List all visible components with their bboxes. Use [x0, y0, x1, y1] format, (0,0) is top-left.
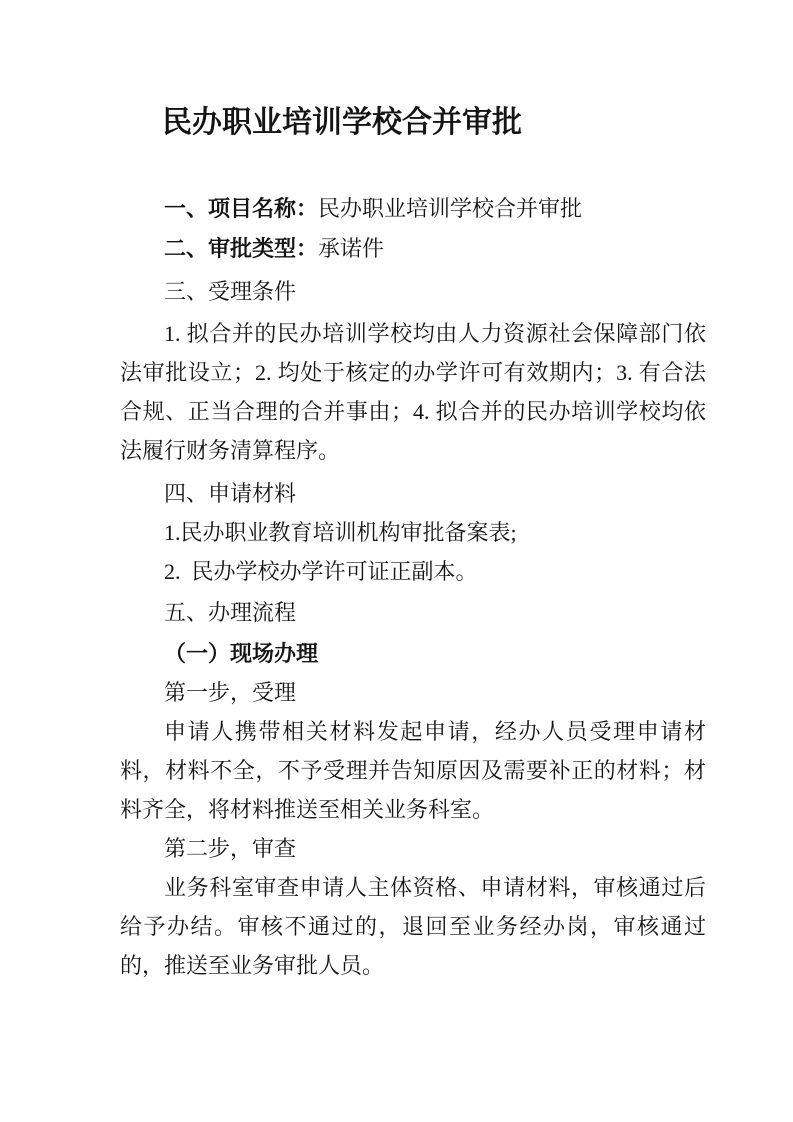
field-label-project-name: 一、项目名称：	[164, 196, 318, 221]
section-heading-process: 五、办理流程	[120, 593, 706, 632]
subsection-heading-onsite: （一）现场办理	[120, 634, 706, 673]
list-item-material-1: 1.民办职业教育培训机构审批备案表;	[120, 513, 706, 552]
field-value-project-name: 民办职业培训学校合并审批	[318, 196, 582, 221]
paragraph-acceptance-conditions: 1. 拟合并的民办培训学校均由人力资源社会保障部门依法审批设立；2. 均处于核定…	[120, 314, 706, 470]
field-value-approval-type: 承诺件	[318, 236, 384, 261]
field-label-approval-type: 二、审批类型：	[164, 236, 318, 261]
step1-paragraph: 申请人携带相关材料发起申请，经办人员受理申请材料，材料不全，不予受理并告知原因及…	[120, 712, 706, 829]
step2-title: 第二步，审查	[120, 829, 706, 868]
field-approval-type: 二、审批类型：承诺件	[120, 229, 706, 268]
document-title: 民办职业培训学校合并审批	[162, 102, 706, 144]
step1-title: 第一步，受理	[120, 673, 706, 712]
list-item-material-2: 2. 民办学校办学许可证正副本。	[120, 552, 706, 591]
document-page: 民办职业培训学校合并审批 一、项目名称：民办职业培训学校合并审批 二、审批类型：…	[0, 0, 793, 1122]
section-heading-application-materials: 四、申请材料	[120, 474, 706, 513]
step2-paragraph: 业务科室审查申请人主体资格、申请材料，审核通过后给予办结。审核不通过的，退回至业…	[120, 868, 706, 985]
field-project-name: 一、项目名称：民办职业培训学校合并审批	[120, 189, 706, 228]
section-heading-acceptance-conditions: 三、受理条件	[120, 272, 706, 311]
